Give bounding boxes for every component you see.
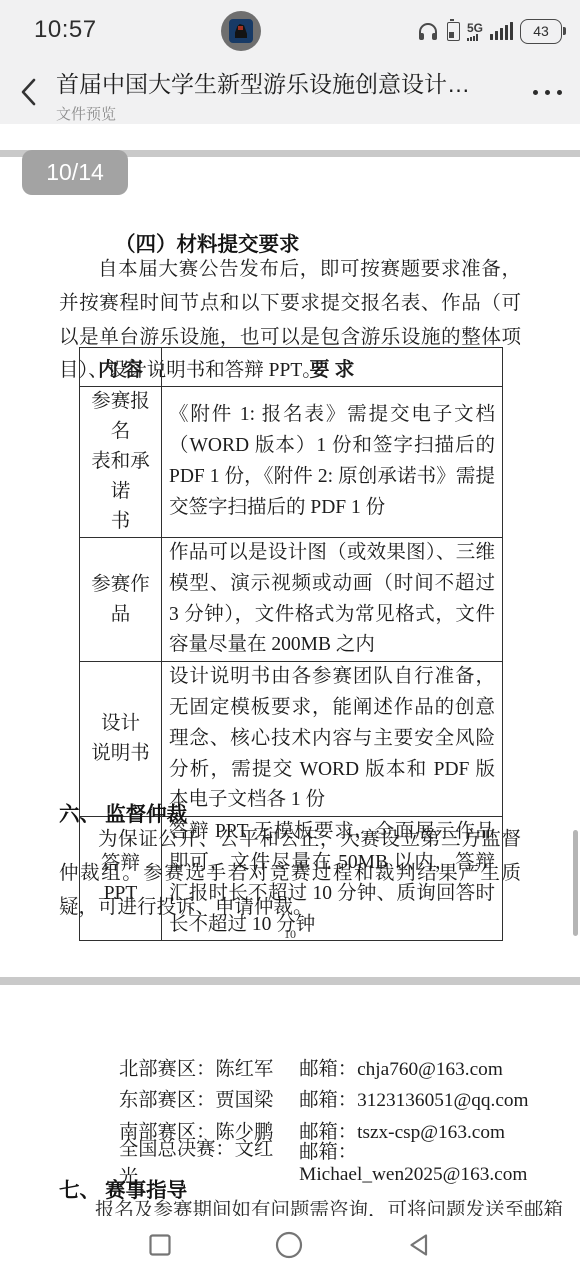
col-header-requirement: 要 求 xyxy=(162,348,503,387)
row-content-cell: 参赛报名 表和承诺 书 xyxy=(80,387,162,538)
network-5g-icon: 5G xyxy=(467,22,483,41)
app-subtitle: 文件预览 xyxy=(56,103,506,124)
title-block: 首届中国大学生新型游乐设施创意设计… 文件预览 xyxy=(56,66,506,124)
app-logo-icon xyxy=(229,19,253,43)
page-number: 10 xyxy=(0,927,580,942)
android-nav-bar xyxy=(0,1216,580,1274)
dot-icon xyxy=(557,90,562,95)
contact-email: 邮箱：chja760@163.com xyxy=(299,1053,503,1081)
back-triangle-icon xyxy=(406,1232,432,1258)
table-row: 参赛作品 作品可以是设计图（或效果图）、三维模型、演示视频或动画（时间不超过 3… xyxy=(80,538,503,662)
recents-button[interactable] xyxy=(148,1233,172,1257)
back-chevron-icon xyxy=(18,76,40,108)
home-circle-icon xyxy=(275,1231,303,1259)
table-row: 设计 说明书 设计说明书由各参赛团队自行准备，无固定模板要求，能阐述作品的创意理… xyxy=(80,662,503,817)
page-gap-between xyxy=(0,977,580,985)
clipped-text-line: 报名及参赛期间如有问题需咨询，可将问题发送至邮箱 xyxy=(95,1194,535,1216)
status-icons: 5G 43 xyxy=(416,14,562,48)
contact-list: 北部赛区：陈红军 邮箱：chja760@163.com 东部赛区：贾国梁 邮箱：… xyxy=(119,1051,580,1177)
back-button[interactable] xyxy=(12,72,46,112)
dot-icon xyxy=(533,90,538,95)
section6-paragraph: 为保证公开、公平和公正，大赛设立第三方监督仲裁组。参赛选手若对竞赛过程和裁判结果… xyxy=(59,823,521,924)
headphones-icon xyxy=(416,19,440,43)
document-title: 首届中国大学生新型游乐设施创意设计… xyxy=(56,66,506,99)
signal-strength-icon xyxy=(490,22,513,40)
row-content-cell: 参赛作品 xyxy=(80,538,162,662)
sim2-signal-icon xyxy=(467,34,478,41)
col-header-content: 内 容 xyxy=(80,348,162,387)
home-button[interactable] xyxy=(275,1231,303,1259)
contact-row: 东部赛区：贾国梁 邮箱：3123136051@qq.com xyxy=(119,1083,580,1115)
contact-row: 北部赛区：陈红军 邮箱：chja760@163.com xyxy=(119,1051,580,1083)
contact-row: 全国总决赛：文红光 邮箱：Michael_wen2025@163.com xyxy=(119,1146,580,1178)
network-type-label: 5G xyxy=(467,22,483,34)
contact-region: 北部赛区：陈红军 xyxy=(119,1053,273,1081)
status-time: 10:57 xyxy=(34,16,97,44)
dot-icon xyxy=(545,90,550,95)
contact-email: 邮箱：3123136051@qq.com xyxy=(299,1084,528,1112)
more-menu-button[interactable] xyxy=(533,82,562,102)
row-requirement-cell: 《附件 1: 报名表》需提交电子文档（WORD 版本）1 份和签字扫描后的 PD… xyxy=(162,387,503,538)
page-indicator-badge: 10/14 xyxy=(22,150,128,195)
document-page-10[interactable]: （四）材料提交要求 自本届大赛公告发布后，即可按赛题要求准备，并按赛程时间节点和… xyxy=(0,157,580,977)
table-row: 参赛报名 表和承诺 书 《附件 1: 报名表》需提交电子文档（WORD 版本）1… xyxy=(80,387,503,538)
row-requirement-cell: 作品可以是设计图（或效果图）、三维模型、演示视频或动画（时间不超过 3 分钟），… xyxy=(162,538,503,662)
header: 10:57 5G 43 xyxy=(0,0,580,124)
row-content-cell: 设计 说明书 xyxy=(80,662,162,817)
table-header-row: 内 容 要 求 xyxy=(80,348,503,387)
battery-percent: 43 xyxy=(533,23,549,39)
contact-region: 东部赛区：贾国梁 xyxy=(119,1084,273,1112)
secondary-battery-icon xyxy=(447,22,460,41)
recents-square-icon xyxy=(148,1233,172,1257)
contact-email: 邮箱：Michael_wen2025@163.com xyxy=(299,1136,580,1186)
app-notification-icon xyxy=(221,11,261,51)
row-requirement-cell: 设计说明书由各参赛团队自行准备，无固定模板要求，能阐述作品的创意理念、核心技术内… xyxy=(162,662,503,817)
scrollbar-thumb[interactable] xyxy=(573,830,578,936)
back-nav-button[interactable] xyxy=(406,1232,432,1258)
battery-icon: 43 xyxy=(520,19,562,44)
app-bar: 首届中国大学生新型游乐设施创意设计… 文件预览 xyxy=(0,60,580,124)
document-page-11[interactable]: 北部赛区：陈红军 邮箱：chja760@163.com 东部赛区：贾国梁 邮箱：… xyxy=(0,985,580,1216)
phone-screen: 10:57 5G 43 xyxy=(0,0,580,1274)
